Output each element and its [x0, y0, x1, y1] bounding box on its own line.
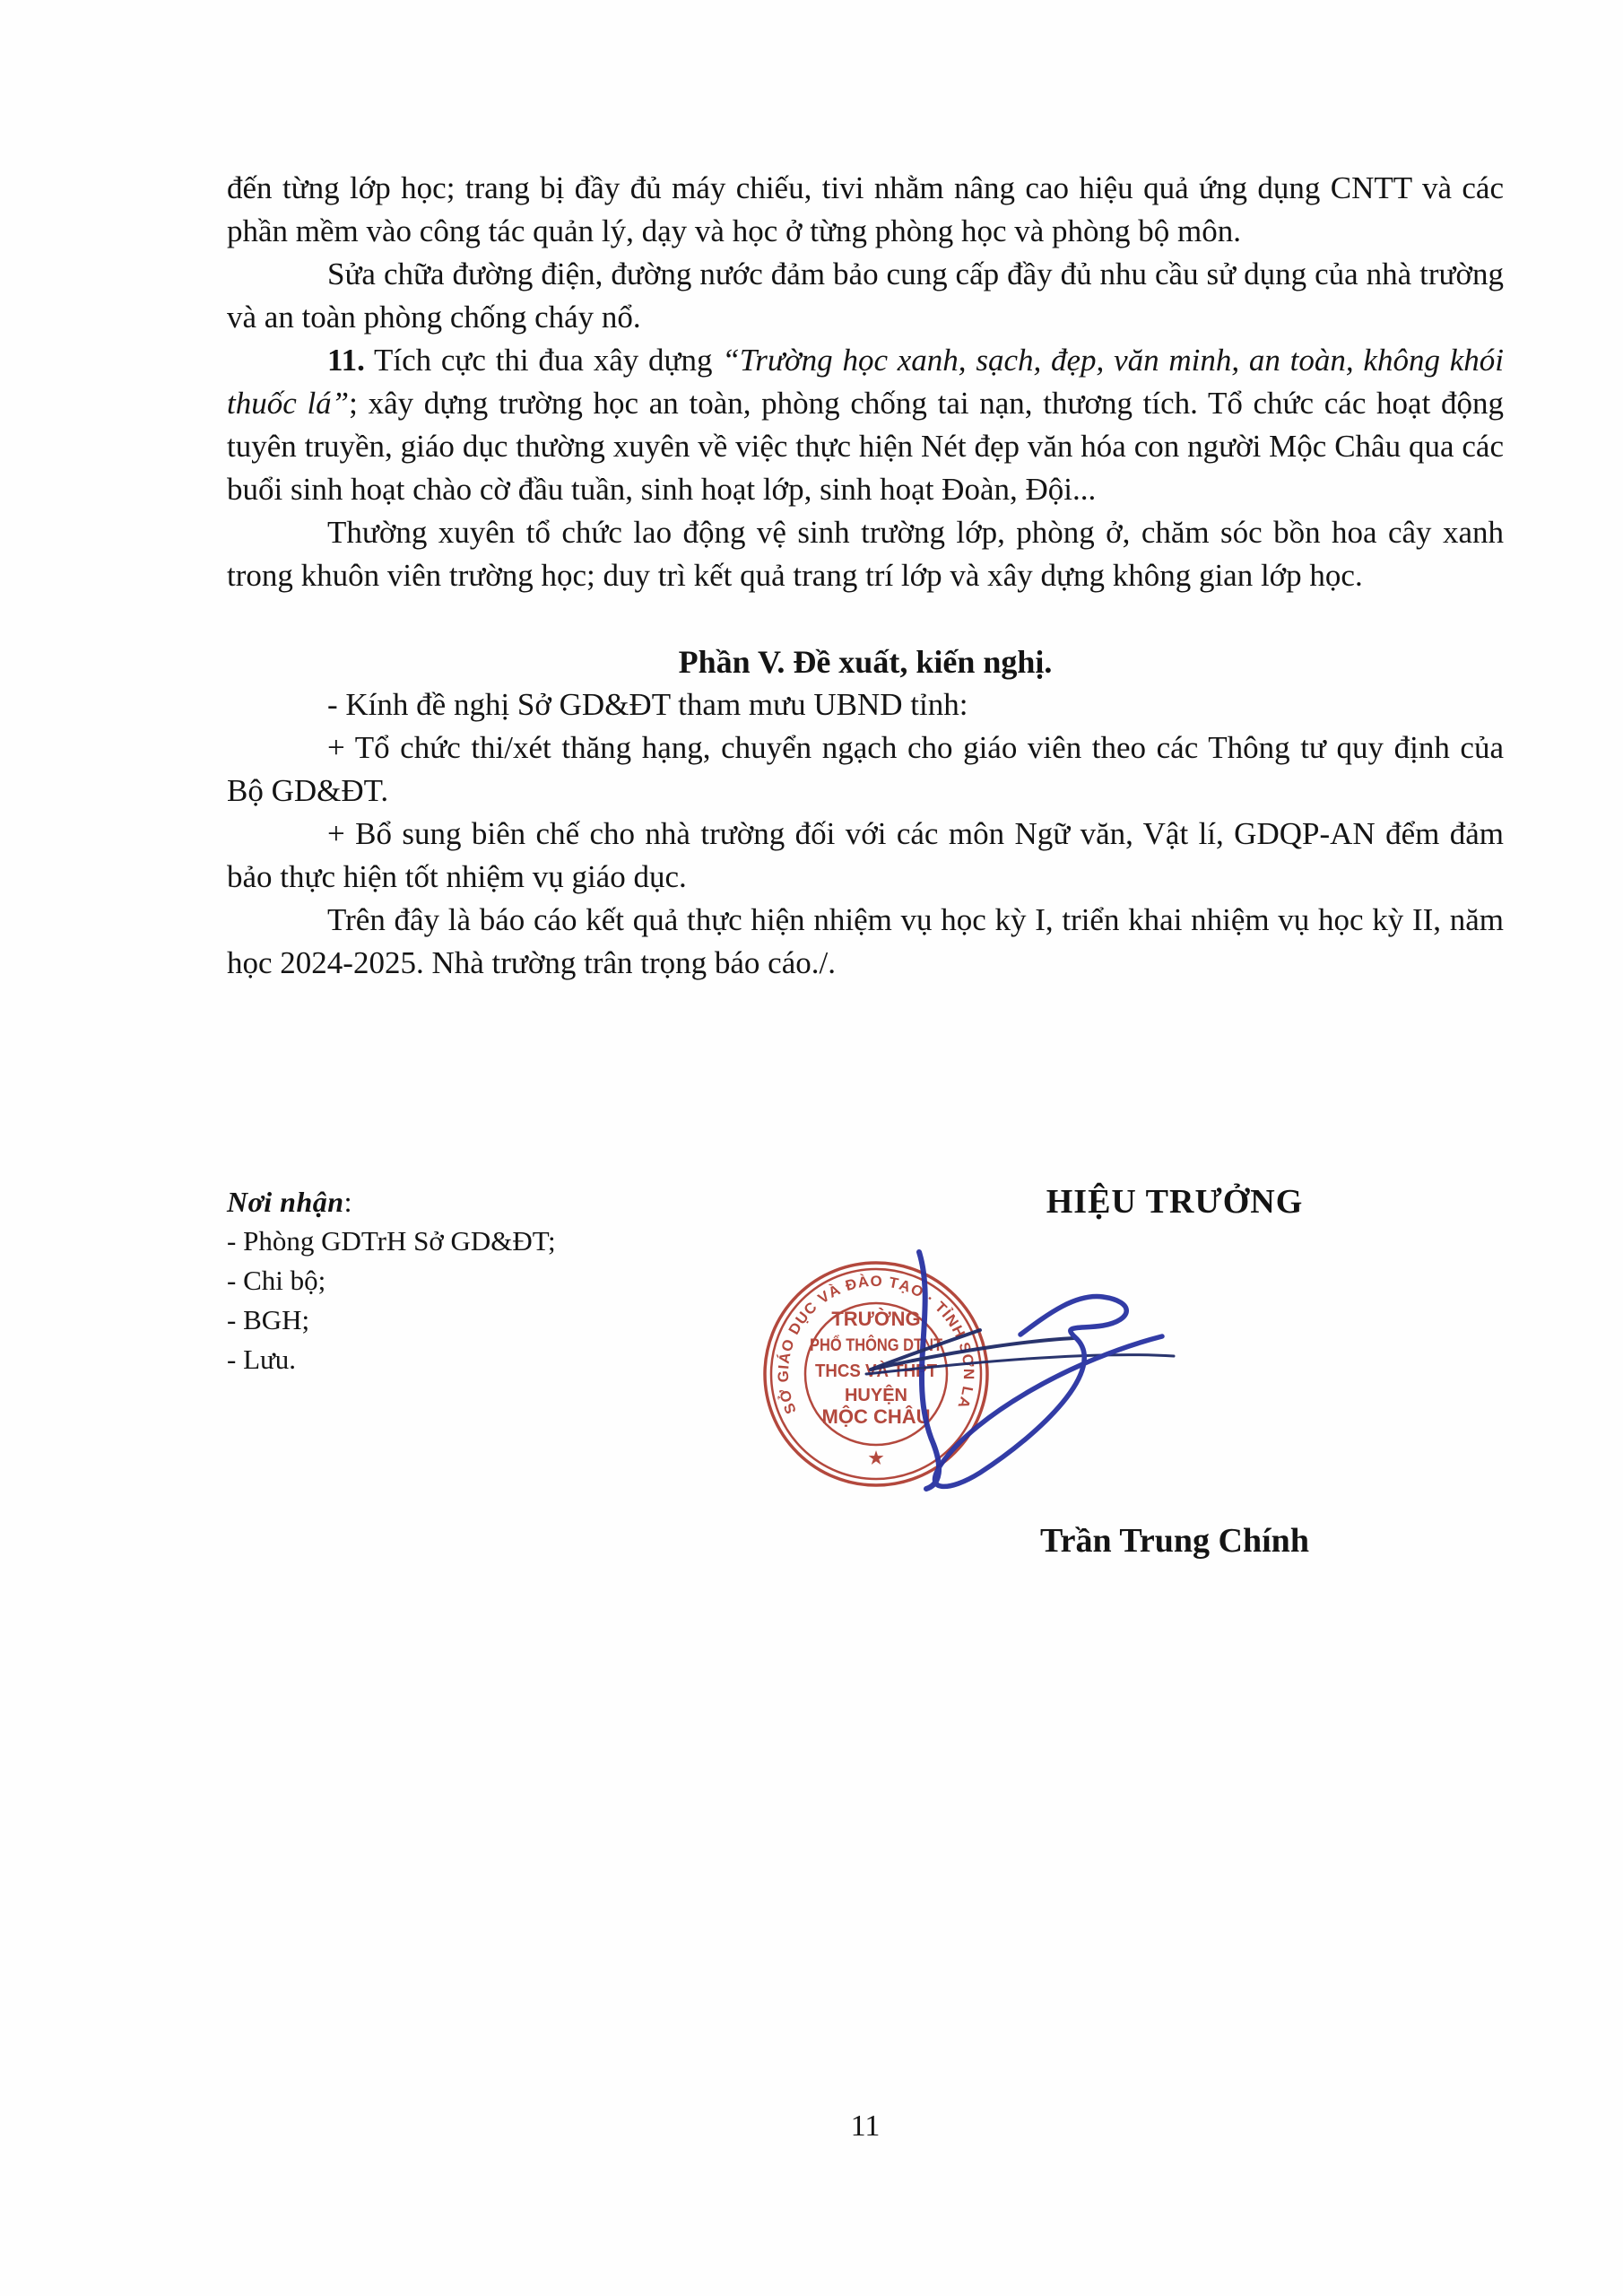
document-page: đến từng lớp học; trang bị đầy đủ máy ch… [0, 0, 1623, 2296]
page-number: 11 [227, 2109, 1504, 2144]
signature-stroke-vertical [919, 1252, 939, 1489]
document-body: đến từng lớp học; trang bị đầy đủ máy ch… [227, 167, 1504, 985]
paragraph-plus: + Tổ chức thi/xét thăng hạng, chuyển ngạ… [227, 726, 1504, 813]
blank-line [227, 597, 1504, 640]
paragraph-plus: + Bổ sung biên chế cho nhà trường đối vớ… [227, 813, 1504, 899]
recipients-label: Nơi nhận: [227, 1182, 801, 1222]
recipients-colon: : [344, 1186, 352, 1218]
paragraph-text: ; xây dựng trường học an toàn, phòng chố… [227, 386, 1504, 507]
signature-area: Nơi nhận: - Phòng GDTrH Sở GD&ĐT; - Chi … [227, 1182, 1504, 1631]
recipients-block: Nơi nhận: - Phòng GDTrH Sở GD&ĐT; - Chi … [227, 1182, 801, 1379]
paragraph-continuation: đến từng lớp học; trang bị đầy đủ máy ch… [227, 167, 1504, 253]
paragraph: Sửa chữa đường điện, đường nước đảm bảo … [227, 253, 1504, 339]
recipients-label-text: Nơi nhận [227, 1186, 344, 1218]
paragraph-item-11: 11. Tích cực thi đua xây dựng “Trường họ… [227, 339, 1504, 511]
signer-title-block: HIỆU TRƯỞNG [950, 1182, 1399, 1222]
signer-title: HIỆU TRƯỞNG [950, 1182, 1399, 1222]
item-number: 11. [327, 343, 365, 378]
signer-name: Trần Trung Chính [950, 1521, 1399, 1561]
paragraph: Thường xuyên tổ chức lao động vệ sinh tr… [227, 511, 1504, 597]
signature-stroke-flourish [934, 1297, 1162, 1487]
signature-stroke-underline [866, 1355, 1174, 1374]
recipient-item: - Chi bộ; [227, 1261, 801, 1300]
recipient-item: - Lưu. [227, 1340, 801, 1379]
recipient-item: - BGH; [227, 1300, 801, 1340]
recipient-item: - Phòng GDTrH Sở GD&ĐT; [227, 1222, 801, 1261]
paragraph-dash: - Kính đề nghị Sở GD&ĐT tham mưu UBND tỉ… [227, 683, 1504, 726]
paragraph-closing: Trên đây là báo cáo kết quả thực hiện nh… [227, 899, 1504, 985]
paragraph-text: Tích cực thi đua xây dựng [365, 343, 722, 378]
handwritten-signature [801, 1238, 1186, 1516]
section-heading: Phần V. Đề xuất, kiến nghị. [227, 640, 1504, 683]
